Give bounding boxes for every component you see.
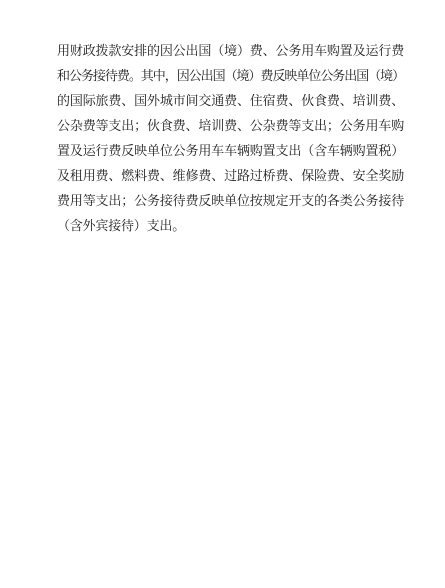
paragraph-line-2: 和公务接待费。其中，因公出国（境）费反映单位公务出国（境） bbox=[57, 64, 404, 89]
paragraph-line-1: 用财政拨款安排的因公出国（境）费、公务用车购置及运行费 bbox=[57, 39, 404, 64]
paragraph-line-3: 的国际旅费、国外城市间交通费、住宿费、伙食费、培训费、 bbox=[57, 89, 404, 114]
paragraph-line-7: 费用等支出；公务接待费反映单位按规定开支的各类公务接待 bbox=[57, 189, 404, 214]
paragraph-line-4: 公杂费等支出；伙食费、培训费、公杂费等支出；公务用车购 bbox=[57, 114, 404, 139]
paragraph-line-5: 置及运行费反映单位公务用车车辆购置支出（含车辆购置税） bbox=[57, 139, 404, 164]
paragraph-line-6: 及租用费、燃料费、维修费、过路过桥费、保险费、安全奖励 bbox=[57, 164, 404, 189]
document-page: 用财政拨款安排的因公出国（境）费、公务用车购置及运行费 和公务接待费。其中，因公… bbox=[0, 0, 445, 588]
paragraph-line-8: （含外宾接待）支出。 bbox=[57, 214, 404, 239]
body-paragraph: 用财政拨款安排的因公出国（境）费、公务用车购置及运行费 和公务接待费。其中，因公… bbox=[57, 39, 404, 239]
